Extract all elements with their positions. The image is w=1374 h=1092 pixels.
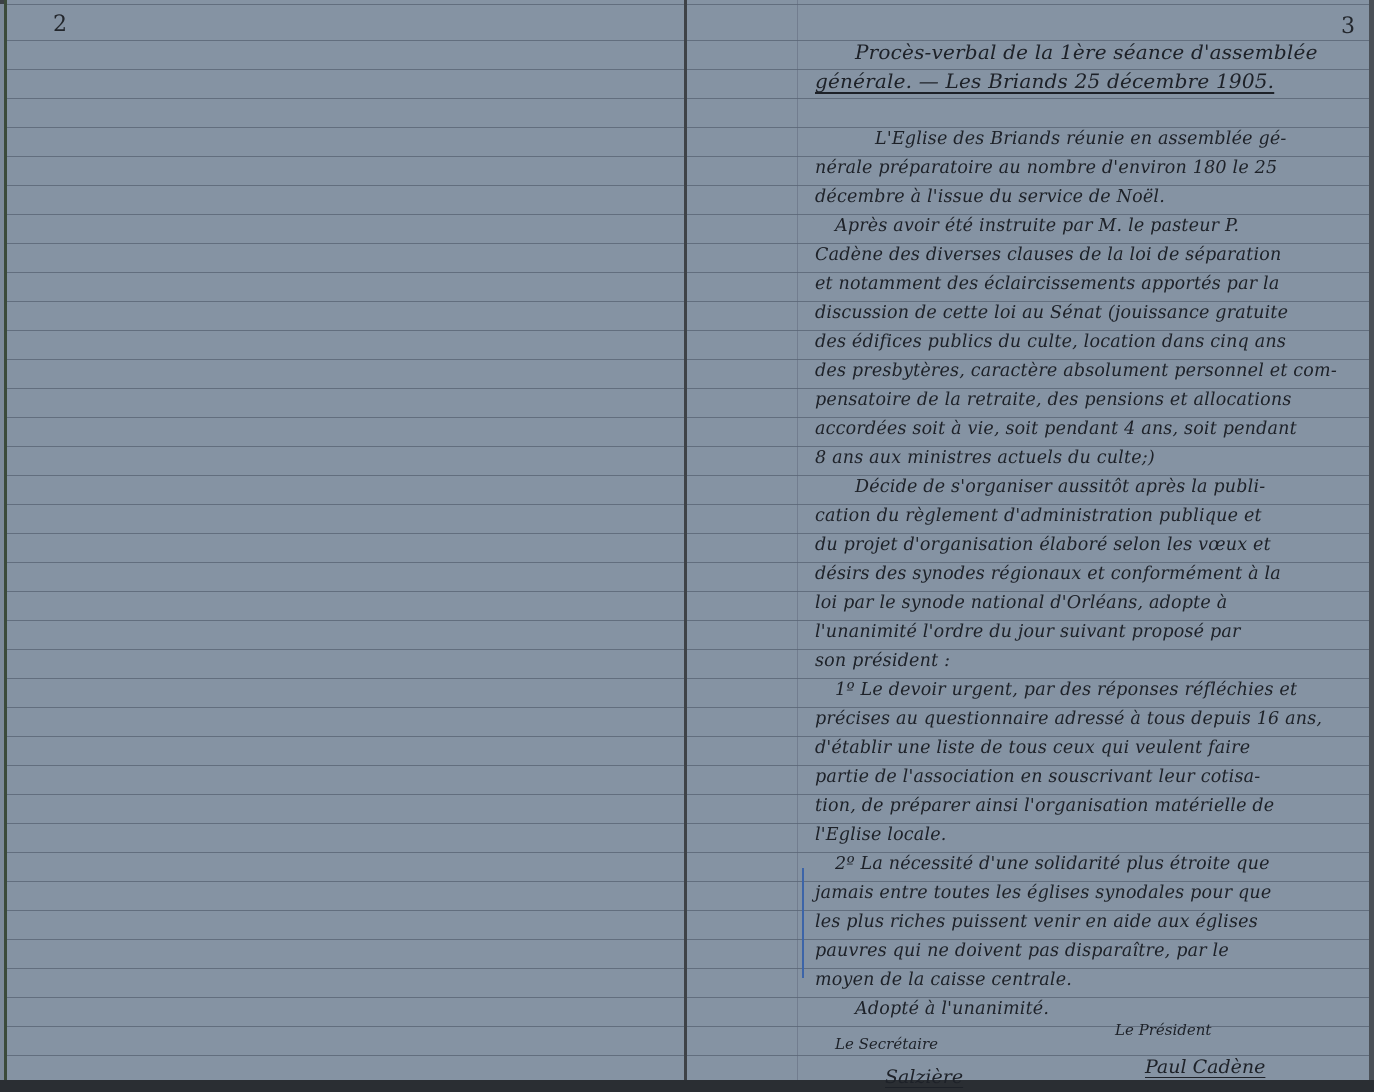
signature-names: Salzière Paul Cadène	[815, 1053, 1355, 1080]
body-line: du projet d'organisation élaboré selon l…	[815, 531, 1355, 560]
president-label: Le Président	[1115, 1016, 1211, 1045]
body-line: partie de l'association en souscrivant l…	[815, 763, 1355, 792]
register-spread: 2 3 Procès-verbal de la 1ère séance d'as…	[0, 0, 1374, 1080]
body-line: 8 ans aux ministres actuels du culte;)	[815, 444, 1355, 473]
body-line: moyen de la caisse centrale.	[815, 966, 1355, 995]
body-line: pensatoire de la retraite, des pensions …	[815, 386, 1355, 415]
body-line: discussion de cette loi au Sénat (jouiss…	[815, 299, 1355, 328]
body-line: 1º Le devoir urgent, par des réponses ré…	[815, 676, 1355, 705]
secretary-signature: Salzière	[885, 1063, 963, 1080]
left-page: 2	[4, 0, 687, 1080]
president-signature: Paul Cadène	[1145, 1053, 1265, 1080]
body-line: accordées soit à vie, soit pendant 4 ans…	[815, 415, 1355, 444]
body-line: d'établir une liste de tous ceux qui veu…	[815, 734, 1355, 763]
body-line: jamais entre toutes les églises synodale…	[815, 879, 1355, 908]
body-line: tion, de préparer ainsi l'organisation m…	[815, 792, 1355, 821]
body-line: son président :	[815, 647, 1355, 676]
body-line: 2º La nécessité d'une solidarité plus ét…	[815, 850, 1355, 879]
body-line: l'unanimité l'ordre du jour suivant prop…	[815, 618, 1355, 647]
body-line: les plus riches puissent venir en aide a…	[815, 908, 1355, 937]
handwritten-text: Procès-verbal de la 1ère séance d'assemb…	[815, 38, 1355, 1080]
margin-line	[797, 0, 798, 1080]
signature-labels: Le Secrétaire Le Président	[815, 1024, 1355, 1053]
body-line: et notamment des éclaircissements apport…	[815, 270, 1355, 299]
page-number-right: 3	[1341, 14, 1355, 39]
page-number-left: 2	[53, 12, 67, 37]
margin-annotation-bar	[802, 868, 804, 978]
body-line: Après avoir été instruite par M. le past…	[815, 212, 1355, 241]
body-line: décembre à l'issue du service de Noël.	[815, 183, 1355, 212]
title-line-2: générale. — Les Briands 25 décembre 1905…	[815, 67, 1355, 96]
body-line: Décide de s'organiser aussitôt après la …	[815, 473, 1355, 502]
title-text: générale. — Les Briands 25 décembre 1905…	[815, 69, 1274, 93]
body-line: nérale préparatoire au nombre d'environ …	[815, 154, 1355, 183]
body-line: Cadène des diverses clauses de la loi de…	[815, 241, 1355, 270]
body-line: loi par le synode national d'Orléans, ad…	[815, 589, 1355, 618]
body-line: l'Eglise locale.	[815, 821, 1355, 850]
body-line: L'Eglise des Briands réunie en assemblée…	[815, 125, 1355, 154]
right-page: 3 Procès-verbal de la 1ère séance d'asse…	[687, 0, 1369, 1080]
body-line: pauvres qui ne doivent pas disparaître, …	[815, 937, 1355, 966]
closing-line: Adopté à l'unanimité.	[815, 995, 1355, 1024]
body-line: des édifices publics du culte, location …	[815, 328, 1355, 357]
spacer	[815, 96, 1355, 125]
body-line: désirs des synodes régionaux et conformé…	[815, 560, 1355, 589]
book-edge-right	[1369, 0, 1374, 1080]
body-line: des presbytères, caractère absolument pe…	[815, 357, 1355, 386]
title-text: Procès-verbal de la 1ère séance d'assemb…	[855, 40, 1318, 64]
title-line-1: Procès-verbal de la 1ère séance d'assemb…	[815, 38, 1355, 67]
body-line: précises au questionnaire adressé à tous…	[815, 705, 1355, 734]
body-line: cation du règlement d'administration pub…	[815, 502, 1355, 531]
